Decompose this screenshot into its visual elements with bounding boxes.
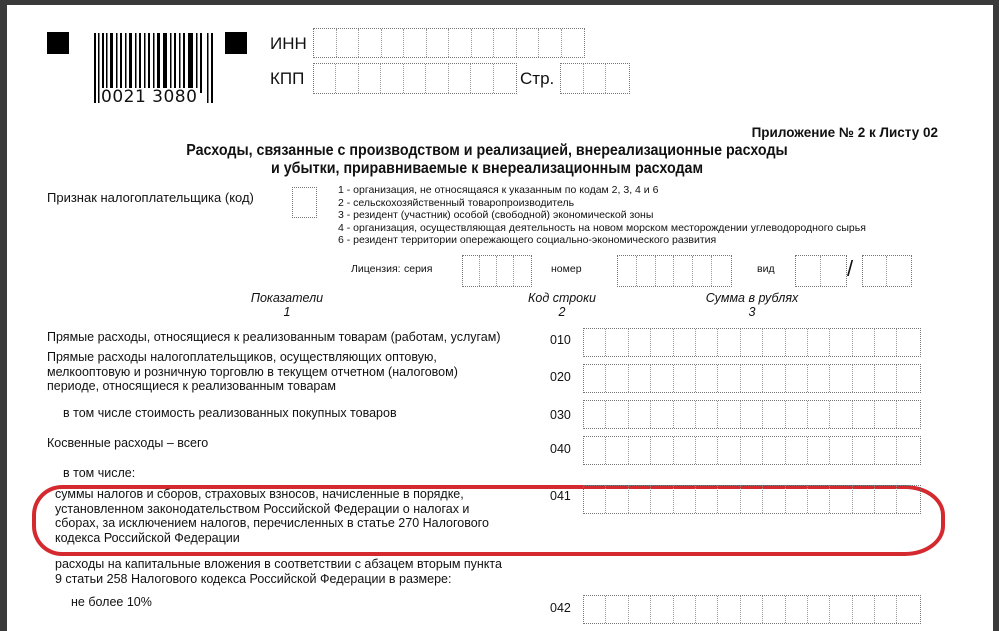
digit-cell[interactable] <box>718 596 740 623</box>
digit-cell[interactable] <box>494 29 517 57</box>
digit-cell[interactable] <box>584 365 606 392</box>
form-title-line1: Расходы, связанные с производством и реа… <box>128 142 846 160</box>
digit-cell[interactable] <box>897 401 919 428</box>
digit-cell[interactable] <box>830 365 852 392</box>
digit-cell[interactable] <box>897 486 919 513</box>
digit-cell[interactable] <box>584 596 606 623</box>
digit-cell[interactable] <box>629 437 651 464</box>
digit-cell[interactable] <box>618 256 637 286</box>
digit-cell[interactable] <box>808 437 830 464</box>
digit-cell[interactable] <box>875 596 897 623</box>
digit-cell[interactable] <box>763 401 785 428</box>
inn-label: ИНН <box>270 34 307 54</box>
digit-cell[interactable] <box>808 329 830 356</box>
license-type-label: вид <box>757 263 775 276</box>
row-040-amount-field[interactable] <box>583 436 921 465</box>
digit-cell[interactable] <box>629 329 651 356</box>
row-030-amount-field[interactable] <box>583 400 921 429</box>
digit-cell[interactable] <box>830 486 852 513</box>
digit-cell[interactable] <box>696 401 718 428</box>
digit-cell[interactable] <box>404 29 427 57</box>
row-042-code: 042 <box>550 601 571 615</box>
digit-cell[interactable] <box>741 329 763 356</box>
option-2: 2 - сельскохозяйственный товаропроизводи… <box>338 197 866 210</box>
including-label: в том числе: <box>63 466 135 481</box>
license-series-label: серия <box>404 263 432 276</box>
alignment-marker-right <box>225 32 247 54</box>
digit-cell[interactable] <box>359 64 381 93</box>
digit-cell[interactable] <box>853 401 875 428</box>
digit-cell[interactable] <box>514 256 531 286</box>
row-010-label: Прямые расходы, относящиеся к реализован… <box>47 330 500 345</box>
digit-cell[interactable] <box>674 486 696 513</box>
digit-cell[interactable] <box>808 596 830 623</box>
digit-cell[interactable] <box>830 401 852 428</box>
digit-cell[interactable] <box>606 329 628 356</box>
digit-cell[interactable] <box>741 437 763 464</box>
digit-cell[interactable] <box>897 329 919 356</box>
digit-cell[interactable] <box>741 365 763 392</box>
digit-cell[interactable] <box>629 596 651 623</box>
digit-cell[interactable] <box>472 29 495 57</box>
digit-cell[interactable] <box>696 486 718 513</box>
digit-cell[interactable] <box>584 401 606 428</box>
row-030-code: 030 <box>550 408 571 422</box>
option-6: 6 - резидент территории опережающего соц… <box>338 234 866 247</box>
digit-cell[interactable] <box>786 329 808 356</box>
license-label: Лицензия: <box>351 263 401 276</box>
digit-cell[interactable] <box>830 329 852 356</box>
digit-cell[interactable] <box>674 437 696 464</box>
digit-cell[interactable] <box>651 401 673 428</box>
license-number-label: номер <box>551 263 582 276</box>
digit-cell[interactable] <box>830 437 852 464</box>
digit-cell[interactable] <box>863 256 887 286</box>
digit-cell[interactable] <box>463 256 480 286</box>
digit-cell[interactable] <box>712 256 731 286</box>
row-020-amount-field[interactable] <box>583 364 921 393</box>
license-type-field-1[interactable] <box>795 255 847 287</box>
digit-cell[interactable] <box>606 486 628 513</box>
digit-cell[interactable] <box>763 329 785 356</box>
digit-cell[interactable] <box>314 29 337 57</box>
digit-cell[interactable] <box>651 365 673 392</box>
digit-cell[interactable] <box>718 365 740 392</box>
row-020-code: 020 <box>550 370 571 384</box>
digit-cell[interactable] <box>853 596 875 623</box>
digit-cell[interactable] <box>494 64 516 93</box>
row-030-label: в том числе стоимость реализованных поку… <box>63 406 397 421</box>
kpp-field[interactable] <box>313 63 517 94</box>
row-041-code: 041 <box>550 489 571 503</box>
digit-cell[interactable] <box>562 29 585 57</box>
digit-cell[interactable] <box>741 401 763 428</box>
license-type-separator: / <box>847 256 853 282</box>
digit-cell[interactable] <box>606 365 628 392</box>
digit-cell[interactable] <box>718 486 740 513</box>
digit-cell[interactable] <box>718 329 740 356</box>
digit-cell[interactable] <box>427 29 450 57</box>
digit-cell[interactable] <box>693 256 712 286</box>
digit-cell[interactable] <box>584 486 606 513</box>
digit-cell[interactable] <box>449 29 472 57</box>
digit-cell[interactable] <box>696 365 718 392</box>
digit-cell[interactable] <box>606 596 628 623</box>
digit-cell[interactable] <box>796 256 821 286</box>
digit-cell[interactable] <box>786 596 808 623</box>
row-042-label: не более 10% <box>71 595 152 610</box>
digit-cell[interactable] <box>763 437 785 464</box>
digit-cell[interactable] <box>674 365 696 392</box>
row-020-label: Прямые расходы налогоплательщиков, осуще… <box>47 350 458 394</box>
capital-investments-label: расходы на капитальные вложения в соотве… <box>55 557 502 586</box>
license-number-field[interactable] <box>617 255 732 287</box>
digit-cell[interactable] <box>763 486 785 513</box>
digit-cell[interactable] <box>584 64 607 93</box>
digit-cell[interactable] <box>875 401 897 428</box>
barcode-number: 0021 3080 <box>100 88 198 106</box>
tax-form-page: 0021 3080 ИНН КПП Стр. Приложение № 2 к … <box>7 5 993 631</box>
digit-cell[interactable] <box>674 596 696 623</box>
digit-cell[interactable] <box>449 64 471 93</box>
row-042-amount-field[interactable] <box>583 595 921 624</box>
digit-cell[interactable] <box>763 365 785 392</box>
license-series-field[interactable] <box>462 255 532 287</box>
digit-cell[interactable] <box>497 256 514 286</box>
digit-cell[interactable] <box>830 596 852 623</box>
digit-cell[interactable] <box>314 64 336 93</box>
digit-cell[interactable] <box>337 29 360 57</box>
digit-cell[interactable] <box>293 188 316 217</box>
digit-cell[interactable] <box>887 256 911 286</box>
digit-cell[interactable] <box>561 64 584 93</box>
digit-cell[interactable] <box>674 329 696 356</box>
row-041-amount-field[interactable] <box>583 485 921 514</box>
digit-cell[interactable] <box>629 486 651 513</box>
digit-cell[interactable] <box>584 329 606 356</box>
digit-cell[interactable] <box>517 29 540 57</box>
column-header-amount: Сумма в рублях 3 <box>677 291 827 319</box>
digit-cell[interactable] <box>696 596 718 623</box>
digit-cell[interactable] <box>656 256 675 286</box>
digit-cell[interactable] <box>696 437 718 464</box>
digit-cell[interactable] <box>336 64 358 93</box>
digit-cell[interactable] <box>875 486 897 513</box>
row-040-label: Косвенные расходы – всего <box>47 436 208 451</box>
option-1: 1 - организация, не относящаяся к указан… <box>338 184 866 197</box>
digit-cell[interactable] <box>741 596 763 623</box>
digit-cell[interactable] <box>651 437 673 464</box>
digit-cell[interactable] <box>875 437 897 464</box>
digit-cell[interactable] <box>674 256 693 286</box>
column-header-indicators: Показатели 1 <box>197 291 377 319</box>
taxpayer-sign-options: 1 - организация, не относящаяся к указан… <box>338 184 866 247</box>
taxpayer-sign-field[interactable] <box>292 187 317 218</box>
digit-cell[interactable] <box>897 437 919 464</box>
digit-cell[interactable] <box>808 486 830 513</box>
digit-cell[interactable] <box>382 29 405 57</box>
digit-cell[interactable] <box>718 401 740 428</box>
page-label: Стр. <box>520 69 554 89</box>
digit-cell[interactable] <box>381 64 403 93</box>
column-header-line-code: Код строки 2 <box>512 291 612 319</box>
digit-cell[interactable] <box>606 437 628 464</box>
page-number-field[interactable] <box>560 63 630 94</box>
license-type-field-2[interactable] <box>862 255 912 287</box>
digit-cell[interactable] <box>875 365 897 392</box>
digit-cell[interactable] <box>808 401 830 428</box>
digit-cell[interactable] <box>696 329 718 356</box>
annex-label: Приложение № 2 к Листу 02 <box>752 125 938 140</box>
digit-cell[interactable] <box>897 365 919 392</box>
row-010-amount-field[interactable] <box>583 328 921 357</box>
digit-cell[interactable] <box>853 329 875 356</box>
digit-cell[interactable] <box>786 401 808 428</box>
digit-cell[interactable] <box>741 486 763 513</box>
digit-cell[interactable] <box>651 596 673 623</box>
digit-cell[interactable] <box>718 437 740 464</box>
digit-cell[interactable] <box>786 365 808 392</box>
digit-cell[interactable] <box>480 256 497 286</box>
digit-cell[interactable] <box>853 437 875 464</box>
digit-cell[interactable] <box>808 365 830 392</box>
digit-cell[interactable] <box>875 329 897 356</box>
digit-cell[interactable] <box>763 596 785 623</box>
digit-cell[interactable] <box>637 256 656 286</box>
option-4: 4 - организация, осуществляющая деятельн… <box>338 222 866 235</box>
row-041-label: суммы налогов и сборов, страховых взносо… <box>55 487 489 545</box>
digit-cell[interactable] <box>606 64 629 93</box>
digit-cell[interactable] <box>584 437 606 464</box>
digit-cell[interactable] <box>651 486 673 513</box>
digit-cell[interactable] <box>539 29 562 57</box>
digit-cell[interactable] <box>651 329 673 356</box>
kpp-label: КПП <box>270 69 304 89</box>
digit-cell[interactable] <box>426 64 448 93</box>
digit-cell[interactable] <box>821 256 846 286</box>
digit-cell[interactable] <box>471 64 493 93</box>
row-040-code: 040 <box>550 442 571 456</box>
digit-cell[interactable] <box>786 437 808 464</box>
row-010-code: 010 <box>550 333 571 347</box>
option-3: 3 - резидент (участник) особой (свободно… <box>338 209 866 222</box>
taxpayer-sign-label: Признак налогоплательщика (код) <box>47 190 254 205</box>
inn-field[interactable] <box>313 28 585 58</box>
digit-cell[interactable] <box>853 486 875 513</box>
alignment-marker-left <box>47 32 69 54</box>
digit-cell[interactable] <box>404 64 426 93</box>
digit-cell[interactable] <box>786 486 808 513</box>
digit-cell[interactable] <box>606 401 628 428</box>
barcode: 0021 3080 <box>94 33 216 103</box>
digit-cell[interactable] <box>897 596 919 623</box>
digit-cell[interactable] <box>853 365 875 392</box>
digit-cell[interactable] <box>629 365 651 392</box>
form-title-line2: и убытки, приравниваемые к внереализацио… <box>128 160 846 178</box>
digit-cell[interactable] <box>359 29 382 57</box>
digit-cell[interactable] <box>629 401 651 428</box>
digit-cell[interactable] <box>674 401 696 428</box>
